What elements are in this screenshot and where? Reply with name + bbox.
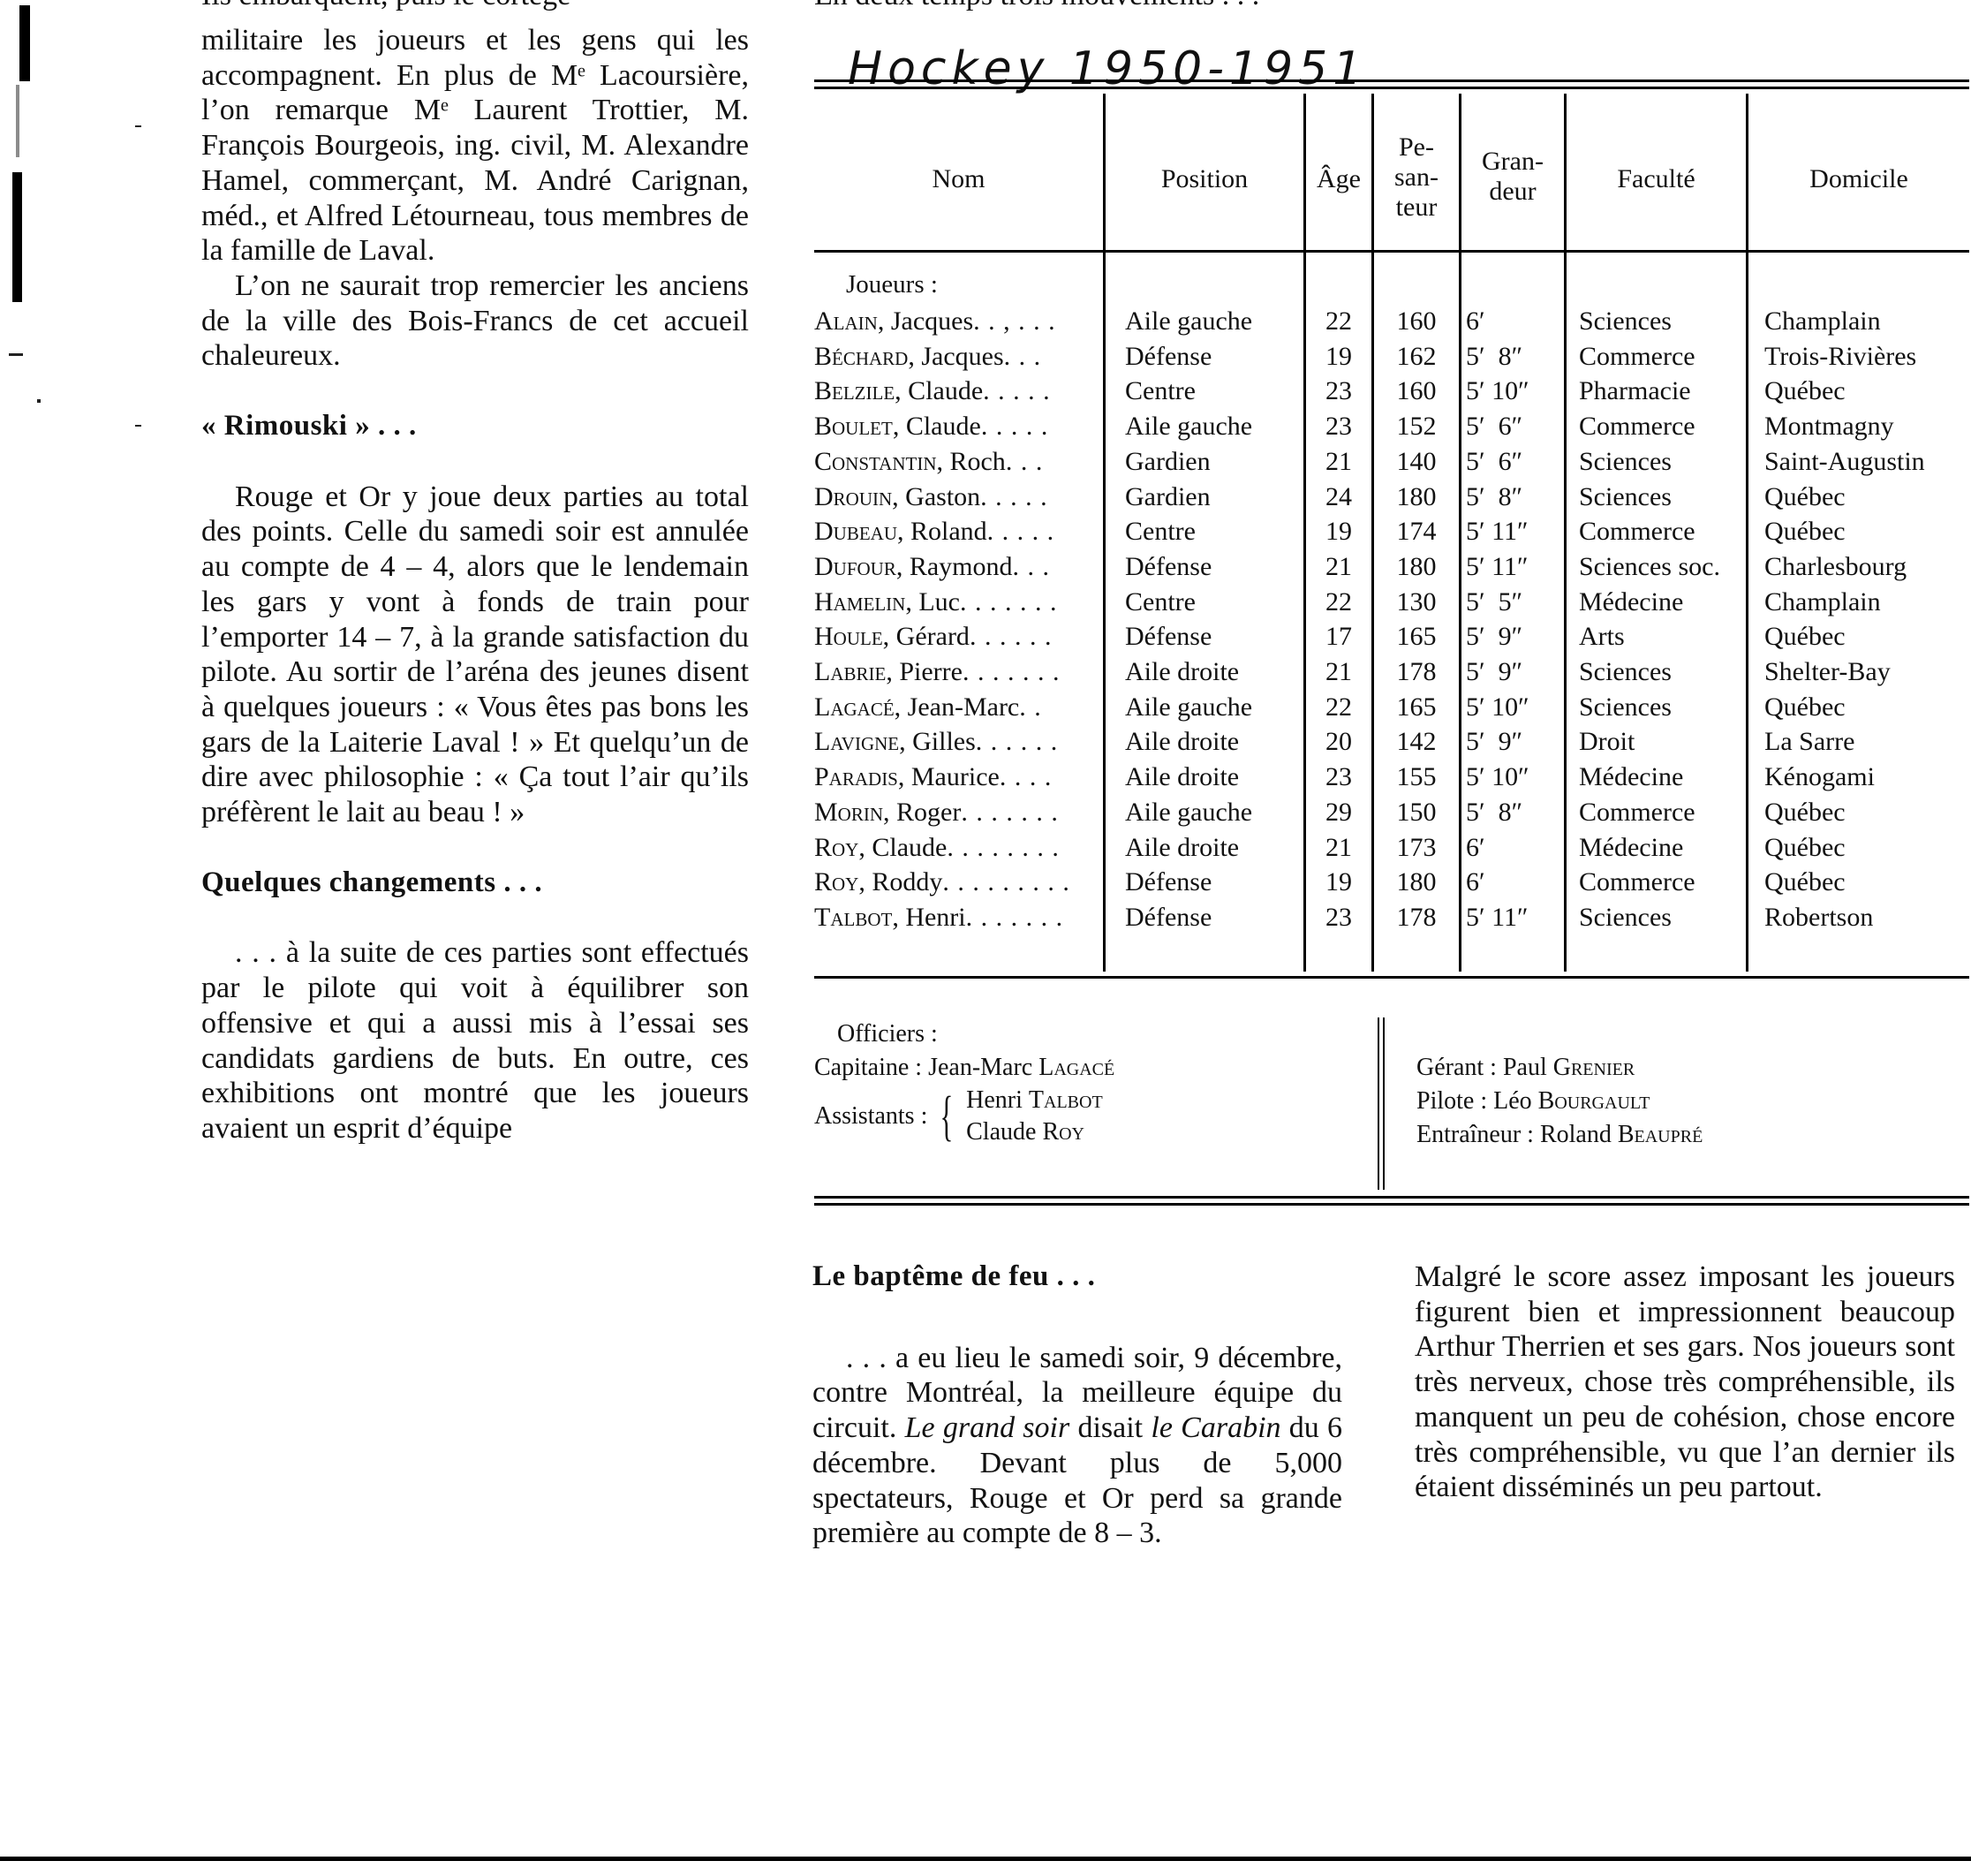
table-row: Hamelin, Luc. . . . . . .Centre221305′ 5… (814, 585, 1969, 620)
cell-faculty: Commerce (1579, 514, 1756, 549)
cell-name: Talbot, Henri. . . . . . . (814, 900, 1099, 935)
cell-home: Robertson (1764, 900, 1969, 935)
heading-changements: Quelques changements . . . (201, 866, 749, 901)
cell-height: 5′ 6″ (1466, 409, 1563, 444)
cell-faculty: Commerce (1579, 409, 1756, 444)
brace-icon: { (940, 1089, 954, 1144)
cell-age: 20 (1306, 724, 1371, 760)
cell-height: 5′ 10″ (1466, 374, 1563, 409)
cell-name: Houle, Gérard. . . . . . (814, 619, 1099, 654)
cell-position: Aile droite (1125, 830, 1235, 866)
cell-weight: 173 (1374, 830, 1459, 866)
cell-faculty: Commerce (1579, 795, 1756, 830)
cell-age: 22 (1306, 690, 1371, 725)
cell-position: Gardien (1125, 480, 1235, 515)
paragraph-rimouski: Rouge et Or y joue deux parties au total… (201, 480, 749, 830)
cell-name: Constantin, Roch. . . (814, 444, 1099, 480)
officers-label: Officiers : (814, 1017, 1362, 1051)
cell-position: Aile droite (1125, 724, 1235, 760)
cell-position: Aile gauche (1125, 304, 1235, 339)
cell-home: Montmagny (1764, 409, 1969, 444)
cell-faculty: Médecine (1579, 760, 1756, 795)
table-row: Belzile, Claude. . . . .Centre231605′ 10… (814, 374, 1969, 409)
cell-faculty: Pharmacie (1579, 374, 1756, 409)
table-row: Constantin, Roch. . .Gardien211405′ 6″Sc… (814, 444, 1969, 480)
cell-home: Saint-Augustin (1764, 444, 1969, 480)
cell-position: Aile gauche (1125, 409, 1235, 444)
cell-weight: 178 (1374, 900, 1459, 935)
cell-age: 22 (1306, 304, 1371, 339)
cell-faculty: Sciences (1579, 690, 1756, 725)
table-row: Boulet, Claude. . . . .Aile gauche231525… (814, 409, 1969, 444)
cell-weight: 180 (1374, 865, 1459, 900)
cell-position: Défense (1125, 339, 1235, 374)
cell-faculty: Sciences (1579, 304, 1756, 339)
cell-name: Boulet, Claude. . . . . (814, 409, 1099, 444)
cell-faculty: Sciences (1579, 900, 1756, 935)
cell-position: Défense (1125, 900, 1235, 935)
cell-position: Défense (1125, 549, 1235, 585)
cell-height: 5′ 6″ (1466, 444, 1563, 480)
table-top-rule-1 (814, 79, 1969, 82)
table-row: Drouin, Gaston. . . . .Gardien241805′ 8″… (814, 480, 1969, 515)
cell-home: Québec (1764, 830, 1969, 866)
table-row: Dufour, Raymond. . .Défense211805′ 11″Sc… (814, 549, 1969, 585)
roster-table-body: Alain, Jacques. . , . . .Aile gauche2216… (814, 304, 1969, 975)
table-row: Lavigne, Gilles. . . . . .Aile droite201… (814, 724, 1969, 760)
cell-home: Québec (1764, 865, 1969, 900)
cell-age: 17 (1306, 619, 1371, 654)
cell-weight: 180 (1374, 549, 1459, 585)
cell-name: Lagacé, Jean-Marc. . (814, 690, 1099, 725)
cell-faculty: Commerce (1579, 865, 1756, 900)
cell-height: 5′ 9″ (1466, 724, 1563, 760)
cell-faculty: Sciences (1579, 654, 1756, 690)
cell-height: 5′ 9″ (1466, 619, 1563, 654)
officers-left: Officiers : Capitaine : Jean-Marc Lagacé… (814, 1017, 1362, 1148)
scan-margin-bar-dotted (16, 85, 19, 157)
cell-home: Champlain (1764, 304, 1969, 339)
paragraph-malgre: Malgré le score assez imposant les joueu… (1415, 1259, 1955, 1505)
cell-age: 22 (1306, 585, 1371, 620)
cell-age: 21 (1306, 444, 1371, 480)
cell-weight: 140 (1374, 444, 1459, 480)
middle-article-column: Le baptême de feu . . . . . . a eu lieu … (812, 1259, 1342, 1551)
scan-margin-bar-top (19, 5, 30, 81)
cell-faculty: Médecine (1579, 585, 1756, 620)
scan-margin-bar-bottom (12, 172, 22, 302)
cell-height: 5′ 10″ (1466, 690, 1563, 725)
officers-bottom-rule-1 (814, 1196, 1969, 1199)
cell-name: Dubeau, Roland. . . . . (814, 514, 1099, 549)
cell-name: Roy, Roddy. . . . . . . . . (814, 865, 1099, 900)
table-row: Houle, Gérard. . . . . .Défense171655′ 9… (814, 619, 1969, 654)
heading-bapteme: Le baptême de feu . . . (812, 1259, 1342, 1295)
cell-age: 29 (1306, 795, 1371, 830)
header-grandeur: Gran- deur (1461, 147, 1564, 207)
cell-name: Béchard, Jacques. . . (814, 339, 1099, 374)
cell-name: Belzile, Claude. . . . . (814, 374, 1099, 409)
cell-height: 6′ (1466, 865, 1563, 900)
cell-weight: 155 (1374, 760, 1459, 795)
cell-home: Shelter-Bay (1764, 654, 1969, 690)
cell-height: 5′ 11″ (1466, 900, 1563, 935)
cell-weight: 130 (1374, 585, 1459, 620)
cell-weight: 150 (1374, 795, 1459, 830)
paragraph-changements: . . . à la suite de ces parties sont eff… (201, 935, 749, 1146)
cell-faculty: Droit (1579, 724, 1756, 760)
cell-weight: 165 (1374, 690, 1459, 725)
paragraph-bapteme: . . . a eu lieu le samedi soir, 9 décemb… (812, 1341, 1342, 1551)
table-row: Roy, Roddy. . . . . . . . .Défense191806… (814, 865, 1969, 900)
cell-weight: 165 (1374, 619, 1459, 654)
cell-weight: 178 (1374, 654, 1459, 690)
cell-name: Lavigne, Gilles. . . . . . (814, 724, 1099, 760)
cell-home: Québec (1764, 795, 1969, 830)
cell-weight: 160 (1374, 374, 1459, 409)
officers-divider-1 (1378, 1017, 1379, 1190)
pilot-line: Pilote : Léo Bourgault (1416, 1085, 1964, 1118)
cell-position: Centre (1125, 374, 1235, 409)
left-cropped-top-line: Ils embarquent, puis le cortège (201, 0, 749, 14)
cell-height: 5′ 8″ (1466, 480, 1563, 515)
table-row: Labrie, Pierre. . . . . . .Aile droite21… (814, 654, 1969, 690)
cell-age: 19 (1306, 514, 1371, 549)
cell-age: 21 (1306, 549, 1371, 585)
cell-name: Hamelin, Luc. . . . . . . (814, 585, 1099, 620)
cell-faculty: Médecine (1579, 830, 1756, 866)
officers-bottom-rule-2 (814, 1203, 1969, 1206)
cell-height: 6′ (1466, 830, 1563, 866)
cell-position: Défense (1125, 619, 1235, 654)
captain-surname: Lagacé (1038, 1054, 1114, 1081)
right-article-column: Malgré le score assez imposant les joueu… (1415, 1259, 1955, 1505)
coach-line: Entraîneur : Roland Beaupré (1416, 1118, 1964, 1152)
header-nom: Nom (814, 164, 1103, 194)
left-article-column: militaire les joueurs et les gens qui le… (201, 23, 749, 1146)
table-row: Alain, Jacques. . , . . .Aile gauche2216… (814, 304, 1969, 339)
cell-home: La Sarre (1764, 724, 1969, 760)
cell-weight: 152 (1374, 409, 1459, 444)
cell-age: 19 (1306, 865, 1371, 900)
cell-name: Labrie, Pierre. . . . . . . (814, 654, 1099, 690)
cell-height: 5′ 8″ (1466, 795, 1563, 830)
cell-home: Charlesbourg (1764, 549, 1969, 585)
table-top-rule-2 (814, 87, 1969, 89)
cell-height: 5′ 11″ (1466, 514, 1563, 549)
cell-name: Drouin, Gaston. . . . . (814, 480, 1099, 515)
cell-faculty: Sciences (1579, 444, 1756, 480)
table-bottom-rule (814, 976, 1969, 979)
assistants-list: Henri Talbot Claude Roy (966, 1085, 1103, 1148)
table-header-rule (814, 250, 1969, 253)
cell-home: Kénogami (1764, 760, 1969, 795)
table-row: Talbot, Henri. . . . . . .Défense231785′… (814, 900, 1969, 935)
cell-age: 24 (1306, 480, 1371, 515)
table-row: Béchard, Jacques. . .Défense191625′ 8″Co… (814, 339, 1969, 374)
cell-home: Québec (1764, 374, 1969, 409)
cell-home: Québec (1764, 480, 1969, 515)
cell-home: Québec (1764, 690, 1969, 725)
cell-home: Champlain (1764, 585, 1969, 620)
cell-name: Paradis, Maurice. . . . (814, 760, 1099, 795)
cell-home: Québec (1764, 619, 1969, 654)
cell-name: Roy, Claude. . . . . . . . (814, 830, 1099, 866)
cell-weight: 160 (1374, 304, 1459, 339)
cell-faculty: Arts (1579, 619, 1756, 654)
cell-height: 6′ (1466, 304, 1563, 339)
header-faculte: Faculté (1567, 164, 1746, 194)
cell-position: Aile gauche (1125, 795, 1235, 830)
header-domicile: Domicile (1748, 164, 1969, 194)
captain-line: Capitaine : Jean-Marc Lagacé (814, 1051, 1362, 1085)
cell-position: Aile droite (1125, 654, 1235, 690)
scan-speck (135, 125, 141, 127)
manager-line: Gérant : Paul Grenier (1416, 1051, 1964, 1085)
cell-height: 5′ 11″ (1466, 549, 1563, 585)
cell-position: Défense (1125, 865, 1235, 900)
cell-name: Dufour, Raymond. . . (814, 549, 1099, 585)
paragraph-visitors: militaire les joueurs et les gens qui le… (201, 23, 749, 269)
cell-position: Centre (1125, 514, 1235, 549)
cell-age: 19 (1306, 339, 1371, 374)
group-label-joueurs: Joueurs : (846, 270, 938, 299)
cell-height: 5′ 8″ (1466, 339, 1563, 374)
cell-age: 21 (1306, 830, 1371, 866)
cell-age: 23 (1306, 409, 1371, 444)
right-cropped-top-line: En deux temps trois mouvements . . . (814, 0, 1432, 14)
cell-name: Alain, Jacques. . , . . . (814, 304, 1099, 339)
cell-age: 21 (1306, 654, 1371, 690)
cell-home: Québec (1764, 514, 1969, 549)
header-pesanteur: Pe- san- teur (1374, 132, 1459, 223)
cell-height: 5′ 10″ (1466, 760, 1563, 795)
cell-age: 23 (1306, 760, 1371, 795)
cell-age: 23 (1306, 900, 1371, 935)
table-row: Roy, Claude. . . . . . . .Aile droite211… (814, 830, 1969, 866)
page-bottom-rule (0, 1857, 1971, 1861)
table-row: Morin, Roger. . . . . . .Aile gauche2915… (814, 795, 1969, 830)
cell-position: Centre (1125, 585, 1235, 620)
heading-rimouski: « Rimouski » . . . (201, 409, 749, 444)
cell-weight: 180 (1374, 480, 1459, 515)
scan-speck (135, 425, 141, 427)
cell-position: Gardien (1125, 444, 1235, 480)
cell-weight: 142 (1374, 724, 1459, 760)
header-position: Position (1106, 164, 1303, 194)
assistants-line: Assistants : { Henri Talbot Claude Roy (814, 1085, 1362, 1148)
cell-name: Morin, Roger. . . . . . . (814, 795, 1099, 830)
cell-height: 5′ 9″ (1466, 654, 1563, 690)
scan-speck (9, 353, 23, 356)
table-row: Paradis, Maurice. . . .Aile droite231555… (814, 760, 1969, 795)
cell-age: 23 (1306, 374, 1371, 409)
table-row: Dubeau, Roland. . . . .Centre191745′ 11″… (814, 514, 1969, 549)
cell-weight: 162 (1374, 339, 1459, 374)
cell-faculty: Commerce (1579, 339, 1756, 374)
scan-speck (37, 399, 41, 403)
table-row: Lagacé, Jean-Marc. .Aile gauche221655′ 1… (814, 690, 1969, 725)
paragraph-thanks: L’on ne saurait trop remercier les ancie… (201, 269, 749, 374)
cell-weight: 174 (1374, 514, 1459, 549)
cell-home: Trois-Rivières (1764, 339, 1969, 374)
cell-position: Aile gauche (1125, 690, 1235, 725)
cell-position: Aile droite (1125, 760, 1235, 795)
cell-faculty: Sciences soc. (1579, 549, 1756, 585)
cell-faculty: Sciences (1579, 480, 1756, 515)
header-age: Âge (1306, 164, 1371, 194)
officers-right: Gérant : Paul Grenier Pilote : Léo Bourg… (1416, 1051, 1964, 1152)
officers-divider-2 (1383, 1017, 1385, 1190)
cell-height: 5′ 5″ (1466, 585, 1563, 620)
